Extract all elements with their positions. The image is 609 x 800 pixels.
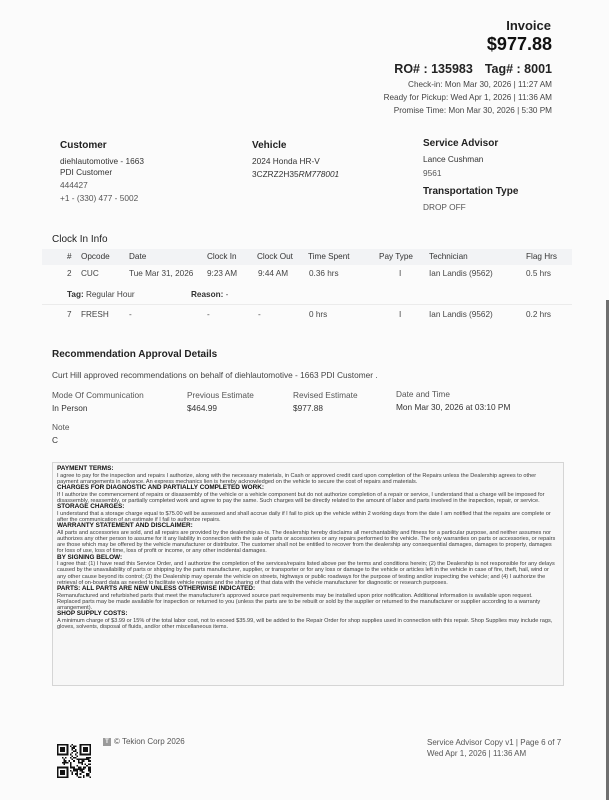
previous-estimate-value: $464.99: [187, 403, 217, 413]
tekion-logo-icon: T: [103, 738, 111, 746]
invoice-total: $977.88: [487, 34, 552, 55]
terms-body: If I authorize the commencement of repai…: [57, 492, 545, 504]
approval-datetime-label: Date and Time: [396, 389, 450, 399]
ro-tag-line: RO# : 135983Tag# : 8001: [394, 62, 552, 76]
service-advisor-id: 9561: [423, 168, 441, 178]
row1-number: 2: [67, 269, 72, 278]
col-date: Date: [129, 252, 146, 261]
row1-date: Tue Mar 31, 2026: [129, 269, 193, 278]
ro-number: RO# : 135983: [394, 62, 473, 76]
terms-section: WARRANTY STATEMENT AND DISCLAIMER:All pa…: [57, 523, 557, 555]
row2-clock-out: -: [258, 310, 261, 319]
col-time-spent: Time Spent: [308, 252, 350, 261]
row1-clock-out: 9:44 AM: [258, 269, 288, 278]
col-number: #: [67, 252, 72, 261]
note-value: C: [52, 435, 58, 445]
terms-body: All parts and accessories are sold, and …: [57, 530, 555, 555]
recommendation-statement: Curt Hill approved recommendations on be…: [52, 370, 378, 380]
row1-tag: Tag: Regular Hour: [67, 290, 135, 299]
ready-for-pickup-time: Ready for Pickup: Wed Apr 1, 2026 | 11:3…: [384, 93, 552, 102]
printed-timestamp: Wed Apr 1, 2026 | 11:36 AM: [427, 749, 526, 758]
row2-clock-in: -: [207, 310, 210, 319]
col-clock-out: Clock Out: [257, 252, 293, 261]
revised-estimate-label: Revised Estimate: [293, 390, 358, 400]
col-opcode: Opcode: [81, 252, 110, 261]
copy-info: Service Advisor Copy v1 | Page 6 of 7: [427, 738, 561, 747]
row2-date: -: [129, 310, 132, 319]
row1-clock-in: 9:23 AM: [207, 269, 237, 278]
check-in-time: Check-in: Mon Mar 30, 2026 | 11:27 AM: [408, 80, 552, 89]
tag-label: Tag:: [67, 290, 84, 299]
copyright: © Tekion Corp 2026: [114, 737, 185, 746]
transportation-title: Transportation Type: [423, 186, 518, 197]
customer-phone: +1 - (330) 477 - 5002: [60, 193, 138, 203]
customer-name-line2: PDI Customer: [60, 167, 112, 177]
row1-pay-type: I: [399, 269, 401, 278]
row1-flag-hrs: 0.5 hrs: [526, 269, 551, 278]
vehicle-vin: 3CZRZ2H35RM778001: [252, 169, 339, 179]
terms-section: SHOP SUPPLY COSTS:A minimum charge of $3…: [57, 611, 557, 630]
mode-value: In Person: [52, 403, 88, 413]
row2-number: 7: [67, 310, 72, 319]
promise-time: Promise Time: Mon Mar 30, 2026 | 5:30 PM: [394, 106, 552, 115]
customer-title: Customer: [60, 140, 107, 151]
terms-section: PAYMENT TERMS:I agree to pay for the ins…: [57, 466, 557, 485]
col-clock-in: Clock In: [207, 252, 237, 261]
terms-body: I agree that: (1) I have read this Servi…: [57, 561, 555, 586]
recommendation-title: Recommendation Approval Details: [52, 349, 217, 360]
transportation-value: DROP OFF: [423, 202, 466, 212]
service-advisor-title: Service Advisor: [423, 138, 498, 149]
terms-section: STORAGE CHARGES:I understand that a stor…: [57, 504, 557, 523]
vin-suffix: RM778001: [299, 169, 340, 179]
row2-flag-hrs: 0.2 hrs: [526, 310, 551, 319]
tag-value: Regular Hour: [86, 290, 135, 299]
row2-technician: Ian Landis (9562): [429, 310, 493, 319]
terms-section: BY SIGNING BELOW:I agree that: (1) I hav…: [57, 555, 557, 587]
terms-body: I understand that a storage charge equal…: [57, 511, 551, 523]
customer-name-line1: diehlautomotive - 1663: [60, 156, 144, 166]
col-pay-type: Pay Type: [379, 252, 413, 261]
reason-value: -: [226, 290, 229, 299]
row2-opcode: FRESH: [81, 310, 109, 319]
terms-body: I agree to pay for the inspection and re…: [57, 473, 536, 485]
mode-label: Mode Of Communication: [52, 390, 144, 400]
tag-number: Tag# : 8001: [485, 62, 552, 76]
vin-prefix: 3CZRZ2H35: [252, 169, 299, 179]
terms-section: PARTS: ALL PARTS ARE NEW UNLESS OTHERWIS…: [57, 586, 557, 611]
terms-section: CHARGES FOR DIAGNOSTIC AND PARTIALLY COM…: [57, 485, 557, 504]
col-flag-hrs: Flag Hrs: [526, 252, 557, 261]
previous-estimate-label: Previous Estimate: [187, 390, 254, 400]
row1-reason: Reason: -: [191, 290, 228, 299]
terms-and-conditions: PAYMENT TERMS:I agree to pay for the ins…: [57, 466, 557, 630]
document-type: Invoice: [506, 18, 551, 33]
row1-opcode: CUC: [81, 269, 99, 278]
terms-body: Remanufactured and refurbished parts tha…: [57, 593, 540, 612]
clock-in-table-header: [42, 249, 572, 265]
service-advisor-name: Lance Cushman: [423, 154, 483, 164]
revised-estimate-value: $977.88: [293, 403, 323, 413]
row2-time-spent: 0 hrs: [309, 310, 327, 319]
note-label: Note: [52, 422, 70, 432]
row1-technician: Ian Landis (9562): [429, 269, 493, 278]
row1-time-spent: 0.36 hrs: [309, 269, 339, 278]
clock-in-title: Clock In Info: [52, 234, 108, 245]
customer-id: 444427: [60, 180, 88, 190]
col-technician: Technician: [429, 252, 468, 261]
terms-body: A minimum charge of $3.99 or 15% of the …: [57, 618, 552, 630]
approval-datetime-value: Mon Mar 30, 2026 at 03:10 PM: [396, 402, 510, 412]
reason-label: Reason:: [191, 290, 223, 299]
row-divider: [42, 304, 572, 305]
vehicle-title: Vehicle: [252, 140, 286, 151]
row2-pay-type: I: [399, 310, 401, 319]
qr-code-icon: [57, 744, 91, 778]
vehicle-description: 2024 Honda HR-V: [252, 156, 320, 166]
